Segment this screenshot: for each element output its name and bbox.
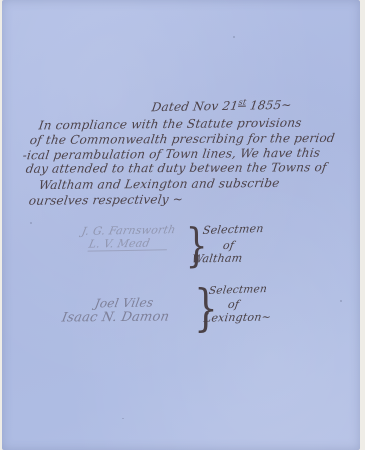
- scanned-document: Dated Nov 21st 1855~ In compliance with …: [0, 0, 365, 450]
- waltham-signature-2: L. V. Mead: [87, 236, 169, 251]
- paper-speck: [298, 151, 299, 153]
- lexington-signature-1: Joel Viles: [94, 295, 155, 310]
- body-line: of the Commonwealth prescribing for the …: [29, 131, 336, 147]
- body-line: ourselves respectively ~: [28, 192, 184, 208]
- body-line: Waltham and Lexington and subscribe: [38, 176, 281, 192]
- document-paper: Dated Nov 21st 1855~ In compliance with …: [2, 0, 360, 450]
- date-line: Dated Nov 21st 1855~: [151, 97, 293, 114]
- waltham-label-selectmen: Selectmen: [202, 222, 264, 237]
- paper-speck: [340, 300, 342, 302]
- paper-speck: [233, 36, 235, 38]
- lexington-label-of: of: [227, 298, 240, 311]
- date-prefix: Dated Nov 21: [151, 99, 239, 115]
- body-line: day attended to that duty between the To…: [25, 160, 328, 176]
- lexington-label-selectmen: Selectmen: [208, 283, 268, 297]
- waltham-label-of: of: [222, 239, 235, 252]
- waltham-label-town: Waltham: [191, 252, 243, 266]
- date-suffix: 1855~: [245, 98, 293, 113]
- body-line: In compliance with the Statute provision…: [38, 116, 303, 133]
- paper-speck: [30, 222, 32, 224]
- lexington-label-town: Lexington~: [203, 310, 272, 324]
- lexington-signature-2: Isaac N. Damon: [61, 310, 171, 326]
- paper-speck: [122, 418, 124, 419]
